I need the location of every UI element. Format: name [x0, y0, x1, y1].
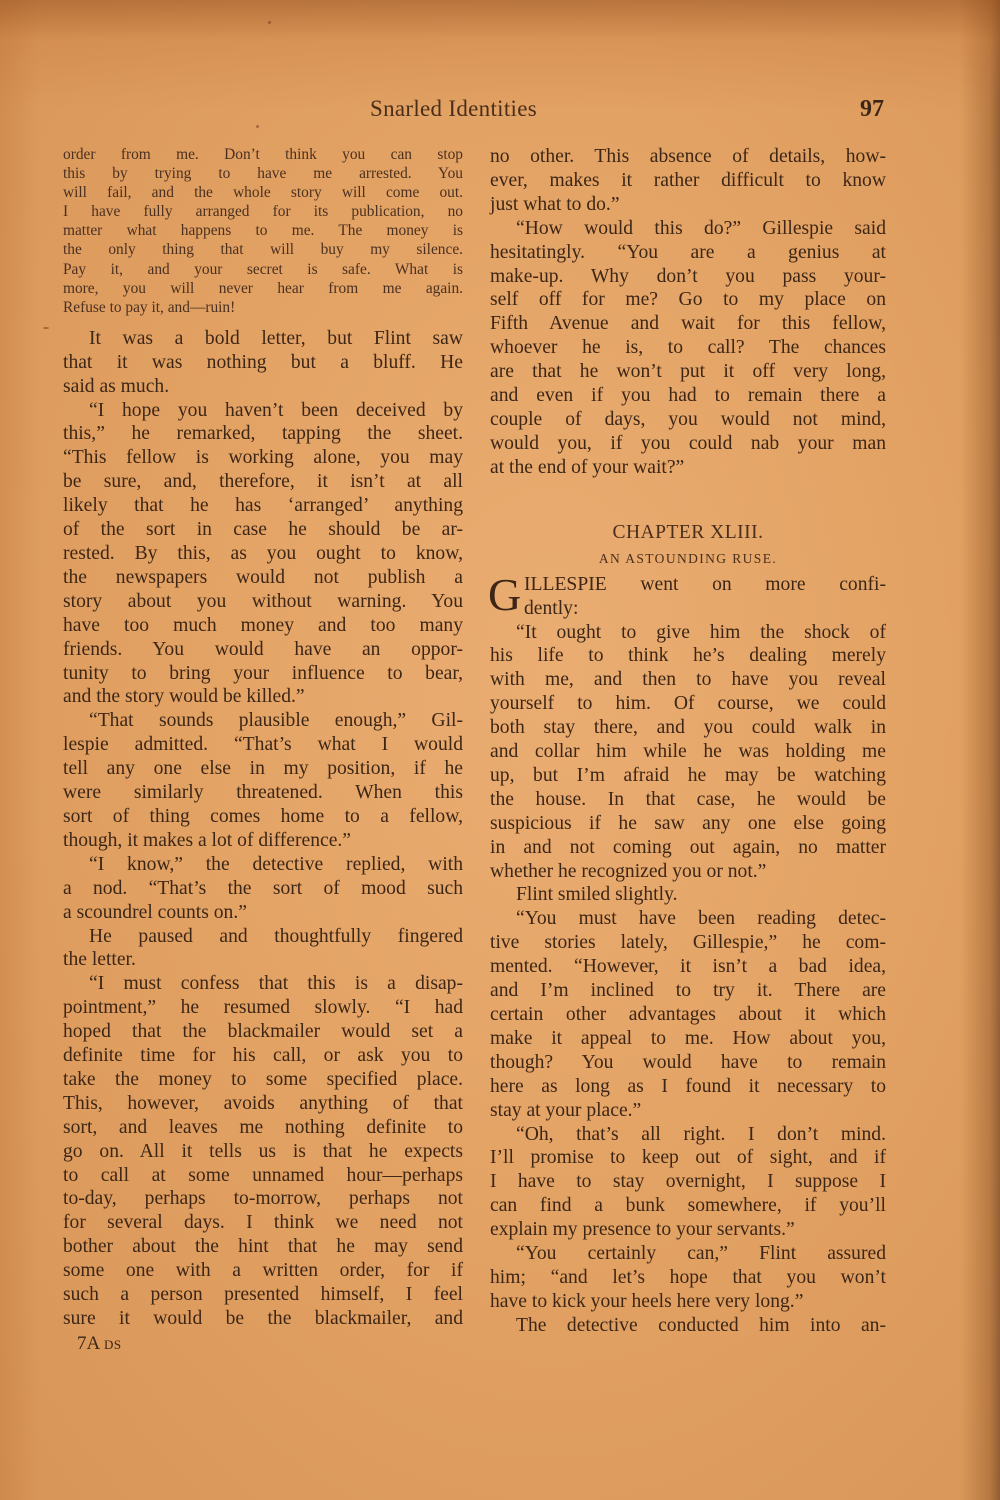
text-line: “Oh, that’s all right. I don’t mind. [490, 1123, 886, 1147]
text-line: to call at some unnamed hour—perhaps [63, 1164, 463, 1188]
text-line: though, it makes a lot of difference.” [63, 829, 463, 853]
letter-line: order from me. Don’t think you can stop [63, 145, 463, 164]
letter-line: I have fully arranged for its publicatio… [63, 202, 463, 221]
text-line: him; “and let’s hope that you won’t [490, 1266, 886, 1290]
text-line: Fifth Avenue and wait for this fellow, [490, 312, 886, 336]
text-line: “How would this do?” Gillespie said [490, 217, 886, 241]
text-line: sort, and leaves me nothing definite to [63, 1116, 463, 1140]
text-line: whoever he is, to call? The chances [490, 336, 886, 360]
text-line: “I must confess that this is a disap- [63, 972, 463, 996]
text-line: tive stories lately, Gillespie,” he com- [490, 931, 886, 955]
paragraph: “That sounds plausible enough,” Gil-lesp… [63, 709, 463, 852]
text-line: suspicious if he saw any one else going [490, 812, 886, 836]
text-line: the house. In that case, he would be [490, 788, 886, 812]
text-line: likely that he has ‘arranged’ anything [63, 494, 463, 518]
letter-line: more, you will never hear from me again. [63, 279, 463, 298]
text-line: “You certainly can,” Flint assured [490, 1242, 886, 1266]
printer-signature-mark: 7A DS [63, 1333, 463, 1355]
drop-cap: G [488, 575, 521, 615]
text-line: dently: [490, 597, 886, 621]
text-line: the letter. [63, 948, 463, 972]
paragraph: Flint smiled slightly. [490, 883, 886, 907]
text-line: certain other advantages about it which [490, 1003, 886, 1027]
text-line: ILLESPIE went on more confi- [490, 573, 886, 597]
text-line: of the sort in case he should be ar- [63, 518, 463, 542]
text-line: It was a bold letter, but Flint saw [63, 327, 463, 351]
text-line: yourself to him. Of course, we could [490, 692, 886, 716]
text-line: hoped that the blackmailer would set a [63, 1020, 463, 1044]
chapter-subtitle: AN ASTOUNDING RUSE. [490, 551, 886, 567]
text-line: “I know,” the detective replied, with [63, 853, 463, 877]
text-line: tunity to bring your influence to bear, [63, 662, 463, 686]
text-line: that it was nothing but a bluff. He [63, 351, 463, 375]
text-line: a nod. “That’s the sort of mood such [63, 877, 463, 901]
text-line: bother about the hint that he may send [63, 1235, 463, 1259]
text-line: go on. All it tells us is that he expect… [63, 1140, 463, 1164]
text-line: The detective conducted him into an- [490, 1314, 886, 1338]
text-line: stay at your place.” [490, 1099, 886, 1123]
letter-line: this by trying to have me arrested. You [63, 164, 463, 183]
paper-speck [268, 21, 271, 24]
letter-line: the only thing that will buy my silence. [63, 240, 463, 259]
paragraph: “How would this do?” Gillespie saidhesit… [490, 217, 886, 480]
text-line: take the money to some specified place. [63, 1068, 463, 1092]
text-line: and I’m inclined to try it. There are [490, 979, 886, 1003]
text-line: for several days. I think we need not [63, 1211, 463, 1235]
text-line: the newspapers would not publish a [63, 566, 463, 590]
paragraph: The detective conducted him into an- [490, 1314, 886, 1338]
text-line: were similarly threatened. When this [63, 781, 463, 805]
text-line: “It ought to give him the shock of [490, 621, 886, 645]
paragraph: “I hope you haven’t been deceived bythis… [63, 399, 463, 710]
paragraph: “You certainly can,” Flint assuredhim; “… [490, 1242, 886, 1314]
paragraph: “Oh, that’s all right. I don’t mind.I’ll… [490, 1123, 886, 1243]
text-line: sure it would be the blackmailer, and [63, 1307, 463, 1331]
paragraph: “I must confess that this is a disap-poi… [63, 972, 463, 1331]
text-line: and collar him while he was holding me [490, 740, 886, 764]
text-line: pointment,” he resumed slowly. “I had [63, 996, 463, 1020]
quoted-letter: order from me. Don’t think you can stopt… [63, 145, 463, 317]
paragraph: “I know,” the detective replied, witha n… [63, 853, 463, 925]
text-line: definite time for his call, or ask you t… [63, 1044, 463, 1068]
paper-speck [646, 965, 649, 968]
left-paragraphs: It was a bold letter, but Flint sawthat … [63, 327, 463, 1331]
text-line: and the story would be killed.” [63, 685, 463, 709]
text-line: such a person presented himself, I feel [63, 1283, 463, 1307]
paragraph: no other. This absence of details, how-e… [490, 145, 886, 217]
text-line: tell any one else in my position, if he [63, 757, 463, 781]
right-paragraphs-before-chapter: no other. This absence of details, how-e… [490, 145, 886, 480]
text-line: make it appeal to me. How about you, [490, 1027, 886, 1051]
text-line: story about you without warning. You [63, 590, 463, 614]
text-line: “You must have been reading detec- [490, 907, 886, 931]
text-line: “This fellow is working alone, you may [63, 446, 463, 470]
page-number: 97 [860, 96, 884, 123]
text-line: sort of thing comes home to a fellow, [63, 805, 463, 829]
text-line: I’ll promise to keep out of sight, and i… [490, 1146, 886, 1170]
text-line: his life to think he’s dealing merely [490, 644, 886, 668]
text-line: be sure, and, therefore, it isn’t at all [63, 470, 463, 494]
left-column: order from me. Don’t think you can stopt… [63, 145, 463, 1355]
letter-line: Pay it, and your secret is safe. What is [63, 260, 463, 279]
text-line: would you, if you could nab your man [490, 432, 886, 456]
text-line: This, however, avoids anything of that [63, 1092, 463, 1116]
right-paragraphs-after-chapter: “It ought to give him the shock ofhis li… [490, 621, 886, 1338]
text-line: a scoundrel counts on.” [63, 901, 463, 925]
paper-speck [256, 125, 259, 128]
signature-number: 7A [77, 1333, 99, 1354]
book-page: Snarled Identities 97 order from me. Don… [0, 0, 1000, 1500]
text-line: said as much. [63, 375, 463, 399]
text-line: in and not coming out again, no matter [490, 836, 886, 860]
text-line: “I hope you haven’t been deceived by [63, 399, 463, 423]
text-line: whether he recognized you or not.” [490, 860, 886, 884]
text-line: some one with a written order, for if [63, 1259, 463, 1283]
text-line: no other. This absence of details, how- [490, 145, 886, 169]
running-head: Snarled Identities 97 [62, 96, 884, 132]
text-line: and even if you had to remain there a [490, 384, 886, 408]
signature-letters: DS [104, 1337, 122, 1352]
text-line: explain my presence to your servants.” [490, 1218, 886, 1242]
right-column: no other. This absence of details, how-e… [490, 145, 886, 1338]
paragraph: “You must have been reading detec-tive s… [490, 907, 886, 1122]
text-line: though? You would have to remain [490, 1051, 886, 1075]
running-title: Snarled Identities [370, 96, 537, 122]
text-line: have to kick your heels here very long.” [490, 1290, 886, 1314]
text-line: mented. “However, it isn’t a bad idea, [490, 955, 886, 979]
paragraph: He paused and thoughtfully fingeredthe l… [63, 925, 463, 973]
text-line: up, but I’m afraid he may be watching [490, 764, 886, 788]
text-line: rested. By this, as you ought to know, [63, 542, 463, 566]
text-line: “That sounds plausible enough,” Gil- [63, 709, 463, 733]
text-line: here as long as I found it necessary to [490, 1075, 886, 1099]
letter-line: matter what happens to me. The money is [63, 221, 463, 240]
text-line: I have to stay overnight, I suppose I [490, 1170, 886, 1194]
text-line: lespie admitted. “That’s what I would [63, 733, 463, 757]
text-line: ever, makes it rather difficult to know [490, 169, 886, 193]
text-line: just what to do.” [490, 193, 886, 217]
paragraph: “It ought to give him the shock ofhis li… [490, 621, 886, 884]
text-line: at the end of your wait?” [490, 456, 886, 480]
letter-line: Refuse to pay it, and—ruin! [63, 298, 463, 317]
text-line: this,” he remarked, tapping the sheet. [63, 422, 463, 446]
text-line: with me, and then to have you reveal [490, 668, 886, 692]
text-line: friends. You would have an oppor- [63, 638, 463, 662]
text-line: to-day, perhaps to-morrow, perhaps not [63, 1187, 463, 1211]
chapter-opening-paragraph: G ILLESPIE went on more confi- dently: [490, 573, 886, 621]
text-line: have too much money and too many [63, 614, 463, 638]
text-line: self off for me? Go to my place on [490, 288, 886, 312]
paper-speck [43, 327, 49, 329]
paragraph: It was a bold letter, but Flint sawthat … [63, 327, 463, 399]
text-line: Flint smiled slightly. [490, 883, 886, 907]
text-line: hesitatingly. “You are a genius at [490, 241, 886, 265]
text-line: couple of days, you would not mind, [490, 408, 886, 432]
text-line: both stay there, and you could walk in [490, 716, 886, 740]
chapter-title: CHAPTER XLIII. [490, 522, 886, 544]
text-line: can find a bunk somewhere, if you’ll [490, 1194, 886, 1218]
text-line: are that he won’t put it off very long, [490, 360, 886, 384]
text-line: make-up. Why don’t you pass your- [490, 265, 886, 289]
letter-line: will fail, and the whole story will come… [63, 183, 463, 202]
text-line: He paused and thoughtfully fingered [63, 925, 463, 949]
